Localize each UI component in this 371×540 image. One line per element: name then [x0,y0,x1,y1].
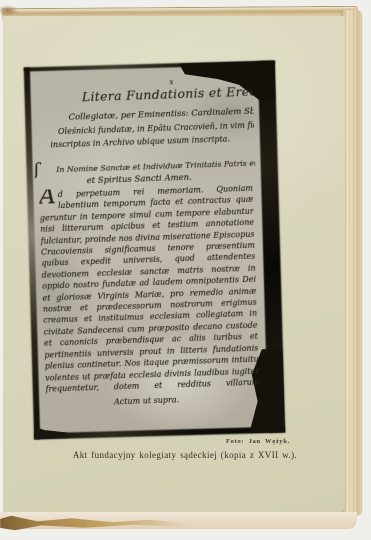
manuscript-initial: A [39,187,56,207]
manuscript-closing-line: Actum ut supra. [114,395,179,406]
manuscript-heading-line-3: Oleśnicki fundatæ, in Epātu Cracovien̄, … [58,120,264,136]
book-scan: x Litera Fundationis et Erectionis Ecclæ… [0,0,371,540]
manuscript-dedication-line-1: In Nomine Sanctæ et Individuæ Trinitatis… [56,158,264,174]
manuscript-body: Ad perpetuam rei memoriam. Quoniam laben… [39,183,260,396]
manuscript-top-mark: x [169,78,173,86]
manuscript-heading-line-2: Collegiatæ, per Eminentiss: Cardinalem S… [68,106,263,123]
manuscript-heading-line-4: inscriptas in Archivo ubique usum inscri… [50,134,230,149]
figure-caption: Akt fundacyjny kolegiaty sądeckiej (kopi… [40,450,330,460]
manuscript-body-text: d perpetuam rei memoriam. Quoniam labent… [40,184,260,396]
top-left-stain [0,3,26,18]
photo-credit: Foto: Jan Wężyk. [120,438,290,445]
paragraph-flourish: ʃ [34,160,39,180]
manuscript-dedication-line-2: et Spiritus Sancti Amen. [86,173,192,186]
manuscript-photo: x Litera Fundationis et Erectionis Ecclæ… [24,61,285,440]
manuscript-text-layer: x Litera Fundationis et Erectionis Ecclæ… [31,75,263,432]
